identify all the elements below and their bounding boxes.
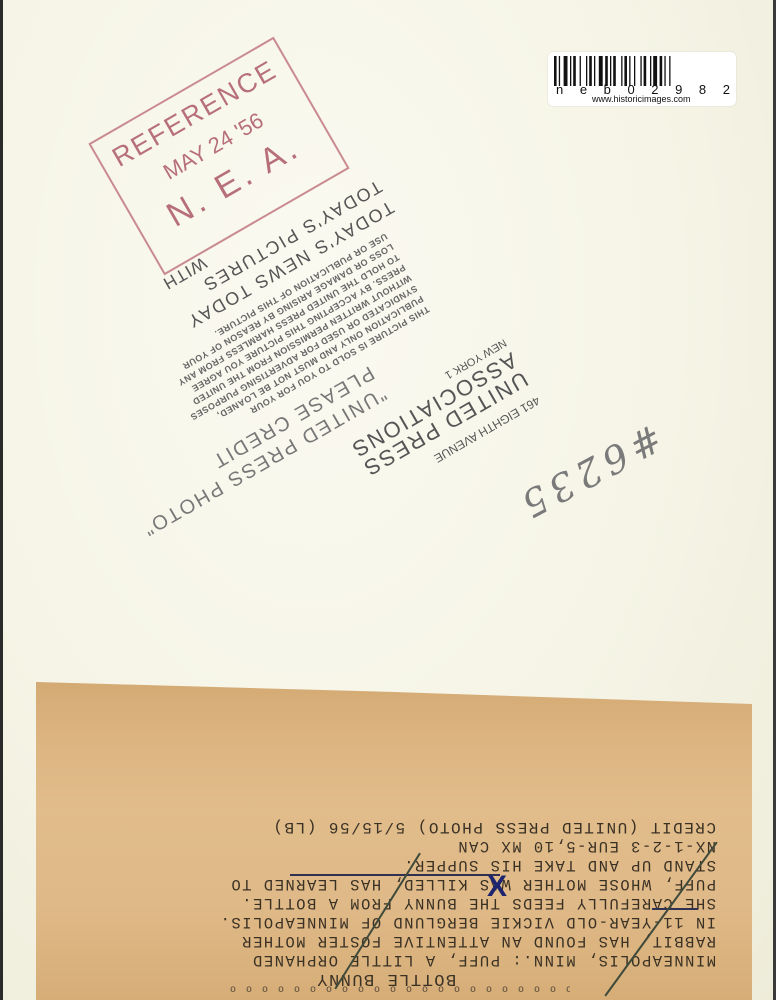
barcode-digit: 8 xyxy=(699,82,706,97)
perforation-edge: o o o o o o o o o o o o o o o o o o o o … xyxy=(230,985,570,995)
barcode-digit: 2 xyxy=(723,82,730,97)
pen-x-mark: X xyxy=(487,870,507,904)
underline-mark xyxy=(652,908,698,910)
caption-credit: CREDIT (UNITED PRESS PHOTO) 5/15/56 (LB) xyxy=(56,817,716,836)
caption-line: RABBIT, HAS FOUND AN ATTENTIVE FOSTER MO… xyxy=(56,931,716,950)
caption-line: SHE CAREFULLY FEEDS THE BUNNY FROM A BOT… xyxy=(56,893,716,912)
caption-text: BOTTLE BUNNYMINNEAPOLIS, MINN.: PUFF, A … xyxy=(56,817,716,988)
scan-edge-left xyxy=(0,0,3,1000)
caption-line: IN 11-YEAR-OLD VICKIE BERGLUND OF MINNEA… xyxy=(56,912,716,931)
caption-line: MINNEAPOLIS, MINN.: PUFF, A LITTLE ORPHA… xyxy=(56,950,716,969)
barcode-sticker: n e b 0 2 9 8 2 www.historicimages.com xyxy=(548,52,736,106)
barcode-digit: n xyxy=(556,82,563,97)
caption-line: PUFF, WHOSE MOTHER WAS KILLED, HAS LEARN… xyxy=(56,874,716,893)
caption-line: NX-1-2-3 EUR-5,10 MX CAN xyxy=(56,836,716,855)
underline-mark xyxy=(290,874,500,876)
barcode-digit: e xyxy=(580,82,587,97)
barcode-url: www.historicimages.com xyxy=(592,94,691,104)
caption-line: STAND UP AND TAKE HIS SUPPER. xyxy=(56,855,716,874)
